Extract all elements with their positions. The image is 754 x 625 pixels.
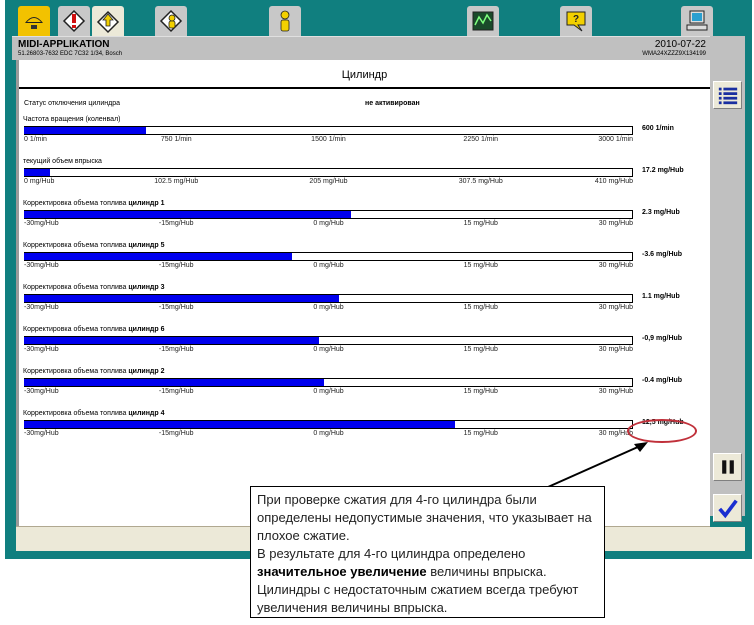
gauge-scale: -30mg/Hub-15mg/Hub0 mg/Hub15 mg/Hub30 mg… bbox=[24, 388, 633, 398]
upload-diamond-icon bbox=[96, 10, 120, 34]
gauge-value: -0.4 mg/Hub bbox=[642, 377, 682, 384]
gauge-label-text: текущий объем впрыска bbox=[23, 158, 102, 165]
gauge-tick-label: 1500 1/min bbox=[311, 136, 346, 143]
right-sidebar bbox=[710, 36, 745, 516]
gauge-value: -3.6 mg/Hub bbox=[642, 251, 682, 258]
gauge-tick-label: 30 mg/Hub bbox=[599, 388, 633, 395]
gauge-tick-label: 0 mg/Hub bbox=[24, 178, 54, 185]
gauge-tick-label: 410 mg/Hub bbox=[595, 178, 633, 185]
gauge-row: Корректировка объема топлива цилиндр 1-3… bbox=[19, 200, 710, 242]
gauge-label-text: Корректировка объема топлива bbox=[23, 200, 128, 207]
gauge-tick-label: 102.5 mg/Hub bbox=[154, 178, 198, 185]
gauge-tick-label: 750 1/min bbox=[161, 136, 192, 143]
gauge-tick-label: 205 mg/Hub bbox=[309, 178, 347, 185]
gauge-tick-label: -30mg/Hub bbox=[24, 304, 59, 311]
highlight-ellipse bbox=[627, 419, 697, 443]
gauge-tick-label: 0 mg/Hub bbox=[313, 304, 343, 311]
gauge-tick-label: -15mg/Hub bbox=[159, 220, 194, 227]
pause-button[interactable] bbox=[713, 453, 742, 481]
callout-text-1: При проверке сжатия для 4-го цилиндра бы… bbox=[257, 492, 592, 543]
tab-help[interactable]: ? bbox=[560, 6, 592, 36]
gauge-row: Корректировка объема топлива цилиндр 2-3… bbox=[19, 368, 710, 410]
tab-warnings[interactable] bbox=[58, 6, 90, 36]
gauge-scale: -30mg/Hub-15mg/Hub0 mg/Hub15 mg/Hub30 mg… bbox=[24, 220, 633, 230]
gauge-track bbox=[24, 210, 633, 219]
gauge-label: Корректировка объема топлива цилиндр 1 bbox=[23, 200, 165, 207]
gauge-track bbox=[24, 252, 633, 261]
gauge-track bbox=[24, 294, 633, 303]
gauge-label: текущий объем впрыска bbox=[23, 158, 102, 165]
app-title: MIDI-APPLIKATION bbox=[18, 39, 109, 50]
gauge-tick-label: -15mg/Hub bbox=[159, 388, 194, 395]
gauge-tick-label: 307.5 mg/Hub bbox=[459, 178, 503, 185]
gauge-fill bbox=[24, 337, 319, 344]
gauge-scale: -30mg/Hub-15mg/Hub0 mg/Hub15 mg/Hub30 mg… bbox=[24, 304, 633, 314]
gauge-label-text: Частота вращения (коленвал) bbox=[23, 116, 120, 123]
help-bubble-icon: ? bbox=[564, 9, 588, 33]
gauge-label: Корректировка объема топлива цилиндр 3 bbox=[23, 284, 165, 291]
gauge-label-cylinder: цилиндр 3 bbox=[128, 284, 164, 291]
gauge-tick-label: 15 mg/Hub bbox=[464, 262, 498, 269]
tab-user-guide[interactable] bbox=[155, 6, 187, 36]
gauge-tick-label: 0 mg/Hub bbox=[313, 430, 343, 437]
tab-vehicle-diagnosis[interactable] bbox=[18, 6, 50, 36]
warning-diamond-icon bbox=[62, 9, 86, 33]
callout-note: При проверке сжатия для 4-го цилиндра бы… bbox=[250, 486, 605, 618]
gauge-tick-label: -30mg/Hub bbox=[24, 262, 59, 269]
gauge-tick-label: -30mg/Hub bbox=[24, 388, 59, 395]
gauge-value: 1.1 mg/Hub bbox=[642, 293, 680, 300]
gauge-label-text: Корректировка объема топлива bbox=[23, 368, 128, 375]
gauge-row: Корректировка объема топлива цилиндр 4-3… bbox=[19, 410, 710, 452]
confirm-button[interactable] bbox=[713, 494, 742, 522]
gauge-row: текущий объем впрыска0 mg/Hub102.5 mg/Hu… bbox=[19, 158, 710, 200]
status-value: не активирован bbox=[365, 100, 420, 107]
tab-upload[interactable] bbox=[92, 6, 124, 38]
gauge-tick-label: -15mg/Hub bbox=[159, 346, 194, 353]
gauge-tick-label: 2250 1/min bbox=[463, 136, 498, 143]
gauge-track bbox=[24, 336, 633, 345]
callout-text-2: В результате для 4-го цилиндра определен… bbox=[257, 546, 525, 561]
gauge-tick-label: 3000 1/min bbox=[598, 136, 633, 143]
gauge-row: Частота вращения (коленвал)0 1/min750 1/… bbox=[19, 116, 710, 158]
gauge-row: Корректировка объема топлива цилиндр 3-3… bbox=[19, 284, 710, 326]
gauge-value: 17.2 mg/Hub bbox=[642, 167, 684, 174]
gauge-tick-label: -15mg/Hub bbox=[159, 430, 194, 437]
gauge-tick-label: 15 mg/Hub bbox=[464, 304, 498, 311]
computer-icon bbox=[685, 9, 709, 33]
gauge-fill bbox=[24, 127, 146, 134]
gauge-fill bbox=[24, 169, 50, 176]
gauge-fill bbox=[24, 295, 339, 302]
gauge-value: 2.3 mg/Hub bbox=[642, 209, 680, 216]
gauge-tick-label: 0 mg/Hub bbox=[313, 220, 343, 227]
section-title: Цилиндр bbox=[19, 60, 710, 89]
callout-text-3: Цилиндры с недостаточным сжатием всегда … bbox=[257, 582, 578, 615]
gauge-fill bbox=[24, 379, 324, 386]
gauge-label: Корректировка объема топлива цилиндр 5 bbox=[23, 242, 165, 249]
header-bar: MIDI-APPLIKATION 51.26803-7632 EDC 7C32 … bbox=[12, 36, 714, 60]
gauge-scale: -30mg/Hub-15mg/Hub0 mg/Hub15 mg/Hub30 mg… bbox=[24, 346, 633, 356]
vin-label: WMA24XZZZ9X134199 bbox=[642, 51, 706, 57]
gauge-tick-label: 15 mg/Hub bbox=[464, 430, 498, 437]
gauge-tick-label: 30 mg/Hub bbox=[599, 220, 633, 227]
gauge-label: Частота вращения (коленвал) bbox=[23, 116, 120, 123]
gauge-scale: 0 mg/Hub102.5 mg/Hub205 mg/Hub307.5 mg/H… bbox=[24, 178, 633, 188]
gauge-fill bbox=[24, 253, 292, 260]
gauge-value: 600 1/min bbox=[642, 125, 674, 132]
date-label: 2010-07-22 bbox=[655, 39, 706, 50]
oscilloscope-icon bbox=[471, 9, 495, 33]
gauge-tick-label: 0 mg/Hub bbox=[313, 262, 343, 269]
gauge-scale: 0 1/min750 1/min1500 1/min2250 1/min3000… bbox=[24, 136, 633, 146]
application-window: ? MIDI-APPLIKATION 51.26803-7632 EDC 7C3… bbox=[5, 0, 752, 559]
gauge-tick-label: 30 mg/Hub bbox=[599, 346, 633, 353]
gauge-label-cylinder: цилиндр 2 bbox=[128, 368, 164, 375]
gauge-tick-label: -30mg/Hub bbox=[24, 346, 59, 353]
list-button[interactable] bbox=[713, 81, 742, 109]
gauge-scale: -30mg/Hub-15mg/Hub0 mg/Hub15 mg/Hub30 mg… bbox=[24, 262, 633, 272]
vehicle-diagnosis-icon bbox=[22, 9, 46, 33]
gauge-tick-label: 15 mg/Hub bbox=[464, 346, 498, 353]
list-icon bbox=[717, 84, 739, 106]
gauge-label-cylinder: цилиндр 6 bbox=[128, 326, 164, 333]
gauge-label-cylinder: цилиндр 1 bbox=[128, 200, 164, 207]
user-diamond-icon bbox=[159, 9, 183, 33]
svg-text:?: ? bbox=[573, 14, 579, 25]
gauge-track bbox=[24, 378, 633, 387]
gauge-row: Корректировка объема топлива цилиндр 6-3… bbox=[19, 326, 710, 368]
gauge-tick-label: -30mg/Hub bbox=[24, 220, 59, 227]
gauge-fill bbox=[24, 421, 455, 428]
gauge-tick-label: 15 mg/Hub bbox=[464, 388, 498, 395]
gauge-tick-label: -15mg/Hub bbox=[159, 262, 194, 269]
gauge-label: Корректировка объема топлива цилиндр 2 bbox=[23, 368, 165, 375]
content-panel: Цилиндр Статус отключения цилиндра не ак… bbox=[16, 60, 710, 526]
gauge-label: Корректировка объема топлива цилиндр 4 bbox=[23, 410, 165, 417]
gauge-label: Корректировка объема топлива цилиндр 6 bbox=[23, 326, 165, 333]
gauge-row: Корректировка объема топлива цилиндр 5-3… bbox=[19, 242, 710, 284]
tab-info[interactable] bbox=[269, 6, 301, 36]
gauge-tick-label: 30 mg/Hub bbox=[599, 304, 633, 311]
gauge-value: -0,9 mg/Hub bbox=[642, 335, 682, 342]
ecu-info: 51.26803-7632 EDC 7C32 1/34, Bosch bbox=[18, 51, 122, 57]
gauge-tick-label: 0 mg/Hub bbox=[313, 388, 343, 395]
gauge-label-text: Корректировка объема топлива bbox=[23, 242, 128, 249]
gauge-tick-label: 15 mg/Hub bbox=[464, 220, 498, 227]
gauge-label-text: Корректировка объема топлива bbox=[23, 284, 128, 291]
callout-emphasis: значительное увеличение bbox=[257, 564, 427, 579]
gauge-tick-label: -15mg/Hub bbox=[159, 304, 194, 311]
gauge-track bbox=[24, 168, 633, 177]
gauge-track bbox=[24, 420, 633, 429]
gauge-tick-label: 0 mg/Hub bbox=[313, 346, 343, 353]
gauge-tick-label: -30mg/Hub bbox=[24, 430, 59, 437]
gauge-label-cylinder: цилиндр 5 bbox=[128, 242, 164, 249]
gauge-label-cylinder: цилиндр 4 bbox=[128, 410, 164, 417]
checkmark-icon bbox=[717, 497, 739, 519]
status-label: Статус отключения цилиндра bbox=[24, 100, 120, 107]
info-person-icon bbox=[273, 9, 297, 33]
gauge-tick-label: 30 mg/Hub bbox=[599, 262, 633, 269]
gauge-scale: -30mg/Hub-15mg/Hub0 mg/Hub15 mg/Hub30 mg… bbox=[24, 430, 633, 440]
gauge-tick-label: 0 1/min bbox=[24, 136, 47, 143]
gauge-label-text: Корректировка объема топлива bbox=[23, 326, 128, 333]
tab-measurements[interactable] bbox=[467, 6, 499, 36]
pause-icon bbox=[718, 457, 738, 477]
tab-system[interactable] bbox=[681, 6, 713, 36]
callout-text-2b: величины впрыска. bbox=[427, 564, 547, 579]
gauge-label-text: Корректировка объема топлива bbox=[23, 410, 128, 417]
gauge-track bbox=[24, 126, 633, 135]
gauge-fill bbox=[24, 211, 351, 218]
